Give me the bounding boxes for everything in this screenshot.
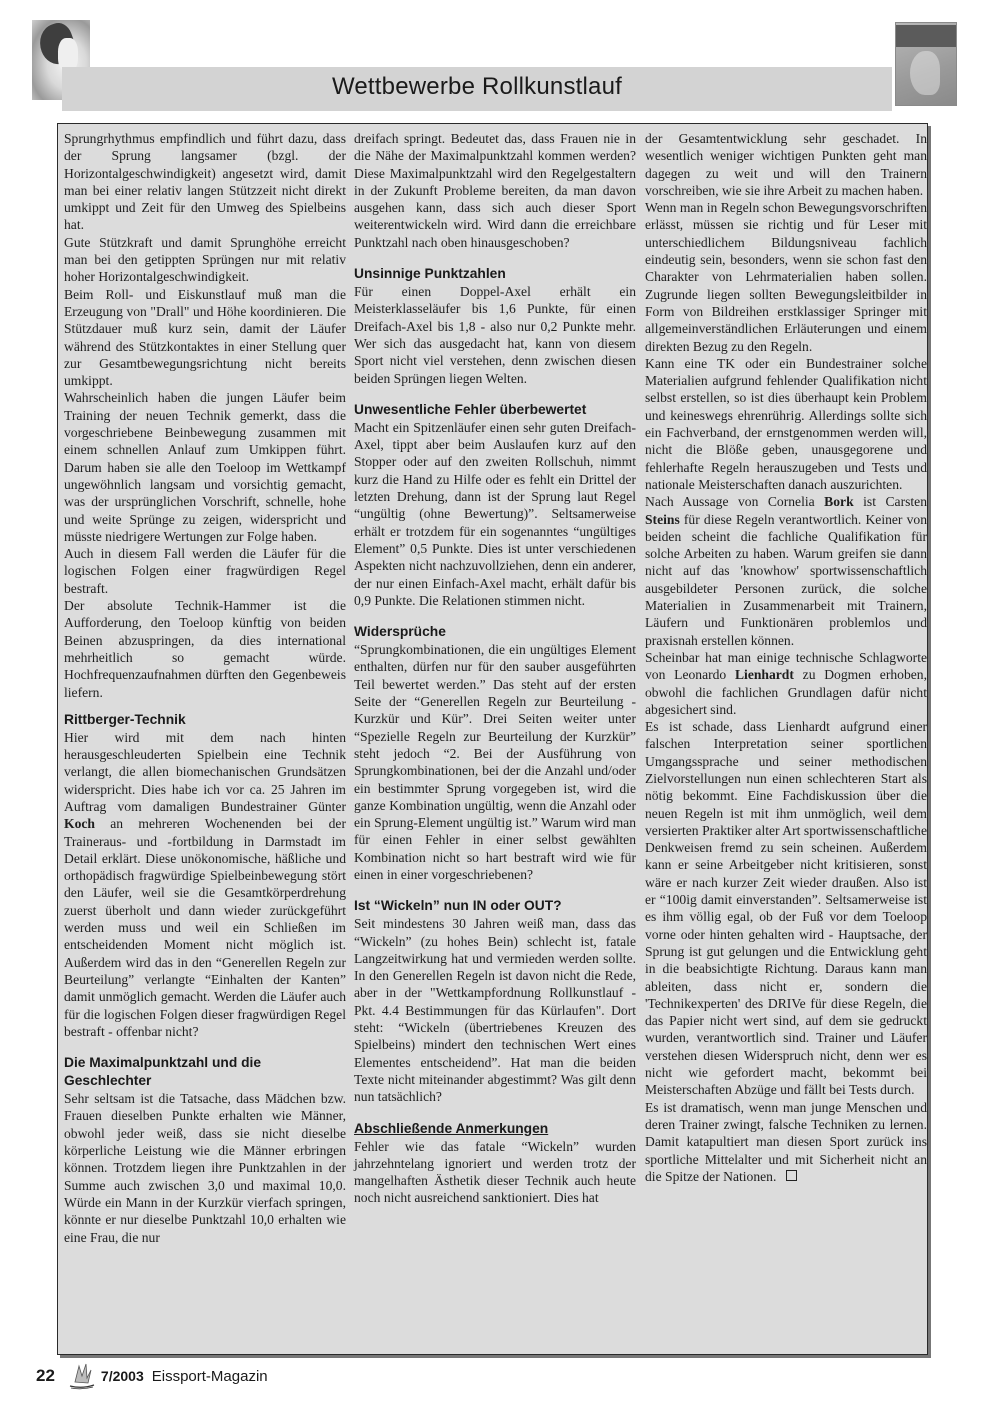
paragraph: Wahrscheinlich haben die jungen Läufer b… [64,389,346,545]
paragraph: Es ist schade, dass Lienhardt aufgrund e… [645,718,927,1099]
page-title: Wettbewerbe Rollkunstlauf [62,73,892,101]
paragraph: Es ist dramatisch, wenn man junge Mensch… [645,1099,927,1185]
section-heading-wickeln: Ist “Wickeln” nun IN oder OUT? [354,897,636,915]
paragraph: Gute Stützkraft und damit Sprunghöhe err… [64,234,346,286]
page-header-band: Wettbewerbe Rollkunstlauf [62,67,892,111]
paragraph: “Sprungkombinationen, die ein ungültiges… [354,641,636,883]
book-cover-thumbnail [895,22,957,106]
person-name-bold: Steins [645,512,680,527]
paragraph: der Gesamtentwicklung sehr geschadet. In… [645,130,927,199]
page-number: 22 [36,1366,55,1386]
section-heading-rittberger: Rittberger-Technik [64,711,346,729]
paragraph: Seit mindestens 30 Jahren weiß man, dass… [354,915,636,1105]
section-heading-unwesentliche-fehler: Unwesentliche Fehler überbewertet [354,401,636,419]
paragraph: Für einen Doppel-Axel erhält ein Meister… [354,283,636,387]
paragraph: Scheinbar hat man einige technische Schl… [645,649,927,718]
paragraph: Nach Aussage von Cornelia Bork ist Carst… [645,493,927,649]
paragraph: Wenn man in Regeln schon Bewegungsvorsch… [645,199,927,355]
paragraph: Sehr seltsam ist die Tatsache, dass Mädc… [64,1090,346,1246]
text-run: an mehreren Wochenenden bei der Trainera… [64,816,346,1039]
person-name-bold: Bork [824,494,853,509]
paragraph: Auch in diesem Fall werden die Läufer fü… [64,545,346,597]
text-run: Nach Aussage von Cornelia [645,494,824,509]
article-column-2: dreifach springt. Bedeutet das, dass Fra… [354,130,636,1207]
text-run: für diese Regeln verantwortlich. Keiner … [645,512,927,648]
issue-number: 7/2003 [101,1368,144,1384]
paragraph: Macht ein Spitzenläufer einen sehr guten… [354,419,636,609]
text-run: Hier wird mit dem nach hinten herausgesc… [64,730,346,814]
article-column-3: der Gesamtentwicklung sehr geschadet. In… [645,130,927,1185]
paragraph: Kann eine TK oder ein Bundestrainer solc… [645,355,927,493]
paragraph: Hier wird mit dem nach hinten herausgesc… [64,729,346,1040]
skate-logo-icon [67,1362,97,1390]
person-name-bold: Lienhardt [735,667,794,682]
section-heading-maximalpunktzahl: Die Maximalpunktzahl und die Geschlechte… [64,1054,346,1090]
paragraph: Fehler wie das fatale “Wickeln” wurden j… [354,1138,636,1207]
paragraph: Beim Roll- und Eiskunstlauf muß man die … [64,286,346,390]
text-run: ist Carsten [854,494,927,509]
page-footer: 22 7/2003 Eissport-Magazin [36,1364,268,1388]
section-heading-abschliessende-anmerkungen: Abschließende Anmerkungen [354,1120,636,1138]
article-box: Sprungrhythmus empfindlich und führt daz… [57,123,928,1355]
book-title-band [896,25,956,47]
paragraph: Der absolute Technik-Hammer ist die Auff… [64,597,346,701]
article-column-1: Sprungrhythmus empfindlich und führt daz… [64,130,346,1246]
end-of-article-square-icon [786,1170,797,1181]
paragraph: Sprungrhythmus empfindlich und führt daz… [64,130,346,234]
section-heading-widersprueche: Widersprüche [354,623,636,641]
paragraph: dreifach springt. Bedeutet das, dass Fra… [354,130,636,251]
person-name-bold: Koch [64,816,95,831]
magazine-name: Eissport-Magazin [152,1368,268,1385]
section-heading-unsinnige-punktzahlen: Unsinnige Punktzahlen [354,265,636,283]
book-cover-figure [910,51,940,95]
